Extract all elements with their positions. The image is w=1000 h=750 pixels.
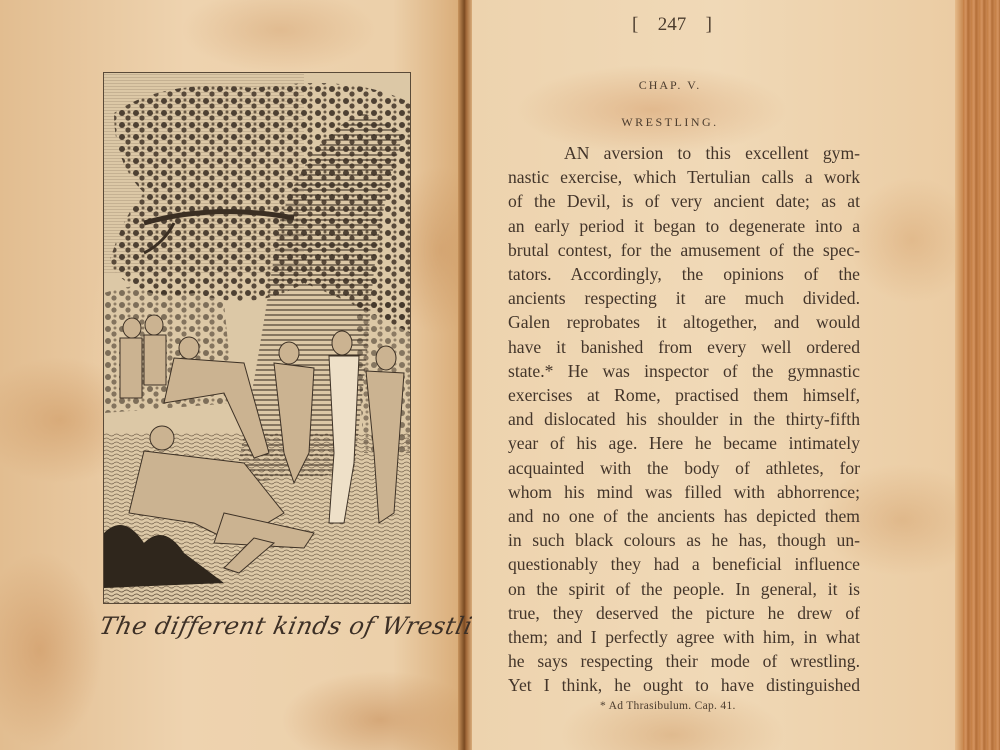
chapter-heading: CHAP. V. [600, 78, 740, 93]
text-line: and dislocated his shoulder in the thirt… [508, 407, 860, 431]
text-line: year of his age. Here he became intimate… [508, 431, 860, 455]
page-number-bracket-open: [ [632, 14, 638, 36]
text-line: an early period it began to degenerate i… [508, 214, 860, 238]
engraving-plate [103, 72, 411, 604]
text-line: and no one of the ancients has depicted … [508, 504, 860, 528]
wrestling-engraving-icon [104, 73, 410, 603]
text-line: tators. Accordingly, the opinions of the [508, 262, 860, 286]
text-line: have it banished from every well ordered [508, 335, 860, 359]
page-fore-edge [955, 0, 1000, 750]
chapter-title: WRESTLING. [590, 115, 750, 130]
text-line: them; and I perfectly agree with him, in… [508, 625, 860, 649]
text-line: Yet I think, he ought to have distinguis… [508, 673, 860, 697]
body-text: AN aversion to this excellent gym- nasti… [508, 141, 860, 698]
text-line: AN aversion to this excellent gym- [508, 141, 860, 165]
page-number-bracket-close: ] [706, 14, 712, 36]
text-line: in such black colours as he has, though … [508, 528, 860, 552]
text-line: of the Devil, is of very ancient date; a… [508, 189, 860, 213]
book-spread: The different kinds of Wrestling [ 247 ]… [0, 0, 1000, 750]
text-line: nastic exercise, which Tertulian calls a… [508, 165, 860, 189]
text-line: Galen reprobates it altogether, and woul… [508, 310, 860, 334]
text-line: ancients respecting it are much divided. [508, 286, 860, 310]
text-line: true, they deserved the picture he drew … [508, 601, 860, 625]
page-number: [ 247 ] [632, 14, 712, 36]
text-line: state.* He was inspector of the gymnasti… [508, 359, 860, 383]
text-line: brutal contest, for the amusement of the… [508, 238, 860, 262]
text-line: he says respecting their mode of wrestli… [508, 649, 860, 673]
text-line: whom his mind was filled with abhorrence… [508, 480, 860, 504]
text-line: questionably they had a beneficial influ… [508, 552, 860, 576]
footnote: * Ad Thrasibulum. Cap. 41. [600, 700, 820, 712]
text-line: on the spirit of the people. In general,… [508, 577, 860, 601]
text-line: acquainted with the body of athletes, fo… [508, 456, 860, 480]
text-line: exercises at Rome, practised them himsel… [508, 383, 860, 407]
plate-caption: The different kinds of Wrestling [97, 612, 423, 640]
page-number-value: 247 [658, 14, 687, 36]
